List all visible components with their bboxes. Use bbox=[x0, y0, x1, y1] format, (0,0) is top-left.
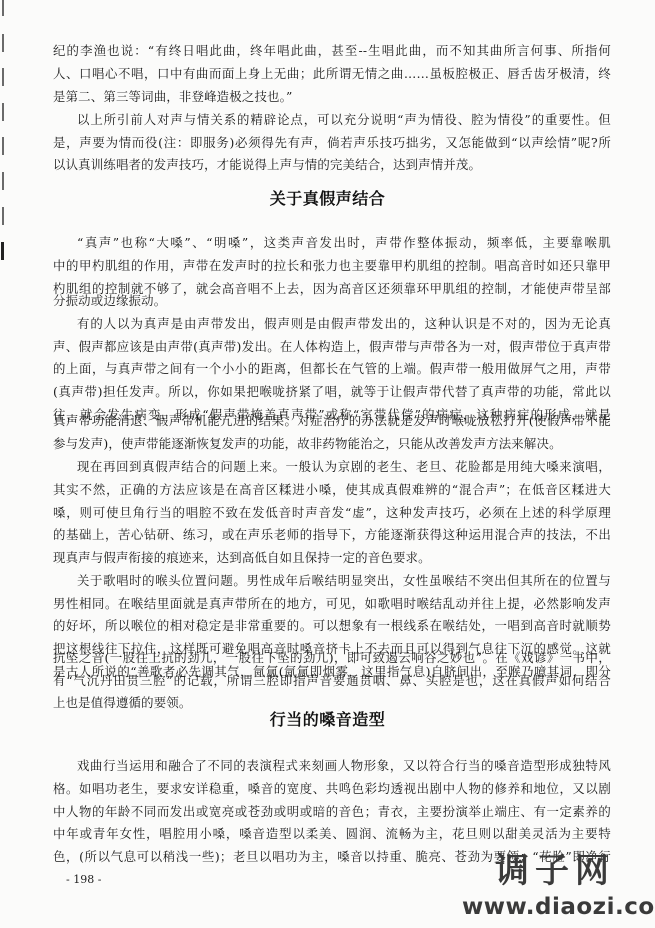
text-line: 嗓，则可使旦角行当的唱腔不致在发低音时声音发“虚”，这种发声技巧，必须在上述的科… bbox=[53, 505, 611, 521]
watermark-url[interactable]: www.diaozi.com bbox=[462, 893, 655, 921]
text-line: 以上所引前人对声与情关系的精辟论点，可以充分说明“声为情役、腔为情役”的重要性。… bbox=[77, 112, 611, 128]
text-line: 现在再回到真假声结合的问题上来。一般认为京剧的老生、老旦、花脸都是用纯大嗓来演唱… bbox=[77, 459, 611, 475]
text-line: 上也是值得遵循的要领。 bbox=[53, 695, 611, 711]
binding-mark bbox=[2, 137, 4, 155]
binding-mark bbox=[2, 103, 4, 121]
text-line: 的上面，与真声带之间有一个小小的距离，但都长在气管的上端。假声带一般用做屏气之用… bbox=[53, 361, 611, 377]
text-line: “真声”也称“大嗓”、“明嗓”，这类声音发出时，声带作整体振动，频率低，主要靠喉… bbox=[77, 235, 611, 251]
binding-mark bbox=[2, 0, 4, 16]
text-line: 声、假声都应该是由声带(真声带)发出。在人体构造上，假声带与声带各为一对，假声带… bbox=[53, 339, 611, 355]
text-line: 纪的李渔也说：“有终日唱此曲，终年唱此曲，甚至--生唱此曲，而不知其曲所言何事、… bbox=[53, 43, 611, 59]
text-line: 以认真训练唱者的发声技巧，才能说得上声与情的完美结合，达到声情并茂。 bbox=[53, 157, 611, 173]
text-line: 抗坠之音(一股往上抗的劲儿，一股往下坠的劲儿)，即可致遏云响谷之妙也”。在《戏谚… bbox=[53, 650, 611, 666]
page-number: - 198 - bbox=[66, 873, 101, 886]
text-line: 中的甲杓肌组的作用，声带在发声时的拉长和张力也主要靠甲杓肌组的控制。唱高音时如还… bbox=[53, 258, 611, 274]
text-line: 有的人以为真声是由声带发出，假声则是由假声带发出的，这种认识是不对的，因为无论真 bbox=[77, 316, 611, 332]
section-heading: 行当的嗓音造型 bbox=[0, 710, 655, 730]
text-line: 关于歌唱时的喉头位置问题。男性成年后喉结明显突出，女性虽喉结不突出但其所在的位置… bbox=[77, 573, 611, 589]
text-line: 的基础上，苦心钻研、练习，或在声乐老师的指导下，方能逐渐获得这种运用混合声的技法… bbox=[53, 527, 611, 543]
text-line: 中人物的年龄不同而发出或宽亮或苍劲或明或暗的音色；青衣，主要扮演举止端庄、有一定… bbox=[53, 804, 611, 820]
text-line: 真声带功能消退、假声带机能亢进的结果。对症治疗的办法就是发声时喉咙放松打开(使假… bbox=[53, 413, 611, 429]
binding-mark bbox=[2, 68, 4, 86]
watermark-logo: 调子网 bbox=[495, 851, 615, 891]
text-line: 是，声要为情而役(注：即服务)必须得先有声，倘若声乐技巧拙劣，又怎能做到“以声绘… bbox=[53, 135, 611, 151]
text-line: 人、口唱心不唱，口中有曲而面上身上无曲；此所谓无情之曲……虽板腔极正、唇舌齿牙极… bbox=[53, 66, 611, 82]
text-line: 有“气沉丹田贯三腔”的记载，所谓三腔即指声音要通贯咽、鼻、头腔是也，这在真假声如… bbox=[53, 673, 611, 689]
text-line: 的好坏，所以喉位的相对稳定是非常重要的。可以想象有一根线系在喉结处，一唱到高音时… bbox=[53, 618, 611, 634]
text-line: 中年或青年女性，唱腔用小嗓，嗓音造型以柔美、圆润、流畅为主，花旦则以甜美灵活为主… bbox=[53, 826, 611, 842]
binding-mark bbox=[2, 207, 4, 225]
binding-mark bbox=[2, 34, 4, 52]
binding-mark bbox=[2, 172, 4, 190]
text-line: 男性相同。在喉结里面就是真声带所在的地方，可见，如歌唱时喉结乱动并往上提，必然影… bbox=[53, 596, 611, 612]
text-line: 现真声与假声衔接的痕迹来，达到高低自如且保持一定的音色要求。 bbox=[53, 550, 611, 566]
text-line: 参与发声)，使声带能逐渐恢复发声的功能，故非药物能治之，只能从改善发声方法来解决… bbox=[53, 436, 611, 452]
text-line: 是第二、第三等词曲，非登峰造极之技也。” bbox=[53, 89, 611, 105]
text-line: (真声带)担任发声。所以，你如果把喉咙挤紧了唱，就等于让假声带代替了真声带的功能… bbox=[53, 384, 611, 400]
text-line: 其实不然，正确的方法应该是在高音区糅进小嗓，使其成真假难辨的“混合声”；在低音区… bbox=[53, 482, 611, 498]
binding-mark bbox=[1, 242, 4, 260]
scanned-book-page: 纪的李渔也说：“有终日唱此曲，终年唱此曲，甚至--生唱此曲，而不知其曲所言何事、… bbox=[0, 0, 655, 928]
text-line: 戏曲行当运用和融合了不同的表演程式来刻画人物形象，又以符合行当的嗓音造型形成独特… bbox=[77, 758, 611, 774]
text-line: 分振动或边缘振动。 bbox=[53, 293, 611, 309]
text-line: 格。如唱功老生，要求安详稳重，嗓音的宽度、共鸣色彩均透视出剧中人物的修养和地位，… bbox=[53, 781, 611, 797]
section-heading: 关于真假声结合 bbox=[0, 189, 655, 209]
